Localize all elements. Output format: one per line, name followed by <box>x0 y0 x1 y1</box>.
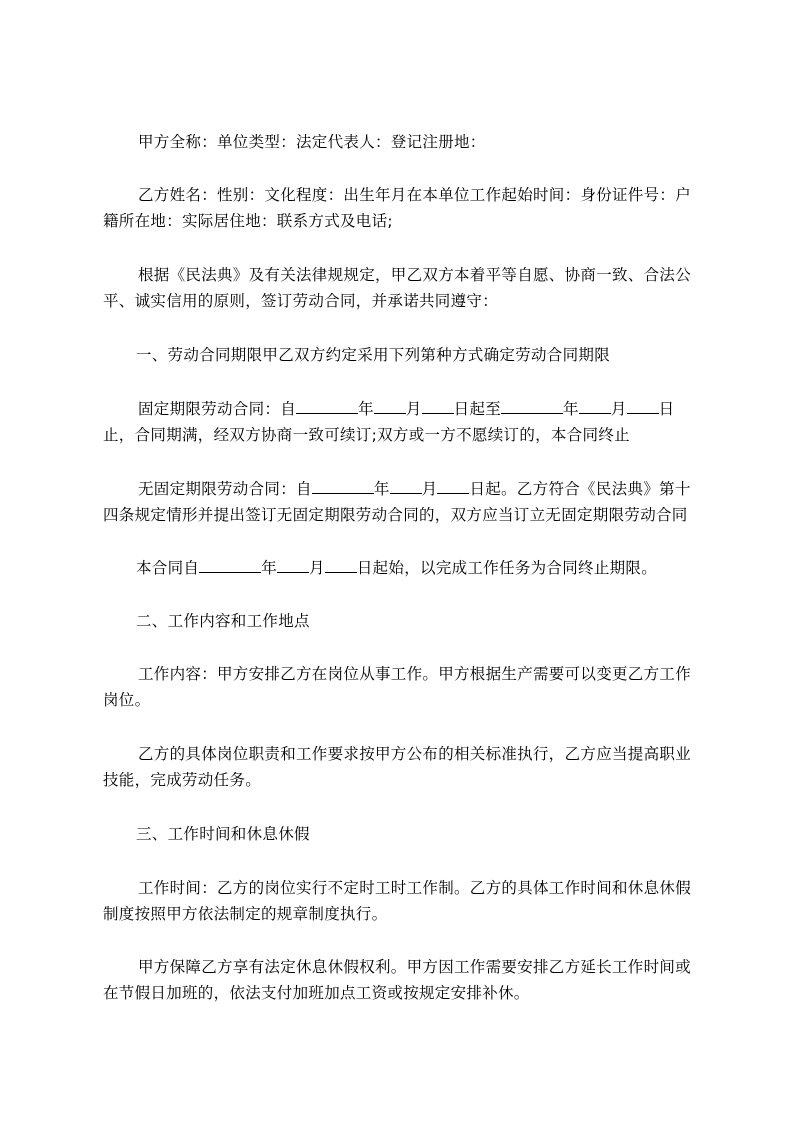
end-day-blank[interactable] <box>627 397 659 414</box>
month-blank[interactable] <box>390 477 422 494</box>
duties: 乙方的具体岗位职责和工作要求按甲方公布的相关标准执行，乙方应当提高职业技能，完成… <box>103 741 703 793</box>
end-year-blank[interactable] <box>501 397 563 414</box>
month-blank[interactable] <box>374 397 406 414</box>
preamble: 根据《民法典》及有关法律规规定，甲乙双方本着平等自愿、协商一致、合法公平、诚实信… <box>103 262 703 314</box>
fixed-term-clause: 固定期限劳动合同：自年月日起至年月日止，合同期满，经双方协商一致可续订;双方或一… <box>103 396 703 448</box>
party-b-info: 乙方姓名：性别：文化程度：出生年月在本单位工作起始时间：身份证件号：户籍所在地：… <box>103 182 703 234</box>
section-heading-3: 三、工作时间和休息休假 <box>103 821 703 847</box>
day-blank[interactable] <box>325 556 357 573</box>
day-blank[interactable] <box>422 397 454 414</box>
year-blank[interactable] <box>296 397 358 414</box>
leave-rights: 甲方保障乙方享有法定休息休假权利。甲方因工作需要安排乙方延长工作时间或在节假日加… <box>103 954 703 1006</box>
end-month-blank[interactable] <box>579 397 611 414</box>
section-heading-2: 二、工作内容和工作地点 <box>103 608 703 634</box>
section-heading-1: 一、劳动合同期限甲乙双方约定采用下列第种方式确定劳动合同期限 <box>103 342 703 368</box>
work-content: 工作内容：甲方安排乙方在岗位从事工作。甲方根据生产需要可以变更乙方工作岗位。 <box>103 661 703 713</box>
day-blank[interactable] <box>437 477 469 494</box>
party-a-info: 甲方全称：单位类型：法定代表人：登记注册地： <box>103 129 703 155</box>
work-hours: 工作时间：乙方的岗位实行不定时工时工作制。乙方的具体工作时间和休息休假制度按照甲… <box>103 875 703 927</box>
task-term-clause: 本合同自年月日起始，以完成工作任务为合同终止期限。 <box>103 555 703 581</box>
month-blank[interactable] <box>277 556 309 573</box>
year-blank[interactable] <box>199 556 261 573</box>
open-term-clause: 无固定期限劳动合同：自年月日起。乙方符合《民法典》第十四条规定情形并提出签订无固… <box>103 476 703 528</box>
year-blank[interactable] <box>312 477 374 494</box>
